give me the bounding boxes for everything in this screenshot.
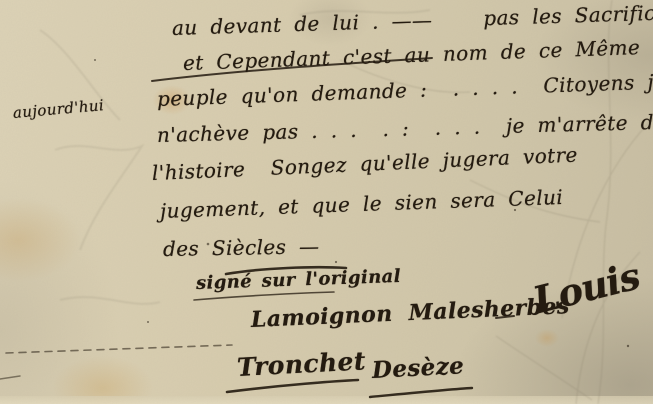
attestation-overline [226,267,346,274]
tronchet-underline [227,380,358,392]
ink-flourishes-overlay [0,0,653,404]
line2-flourish-stroke [152,58,432,81]
deseze-underline [370,388,472,397]
malesherbes-end-dash [496,316,514,318]
dashed-lead-line [6,345,232,353]
left-edge-dash [0,376,20,379]
attestation-underline [194,292,334,300]
